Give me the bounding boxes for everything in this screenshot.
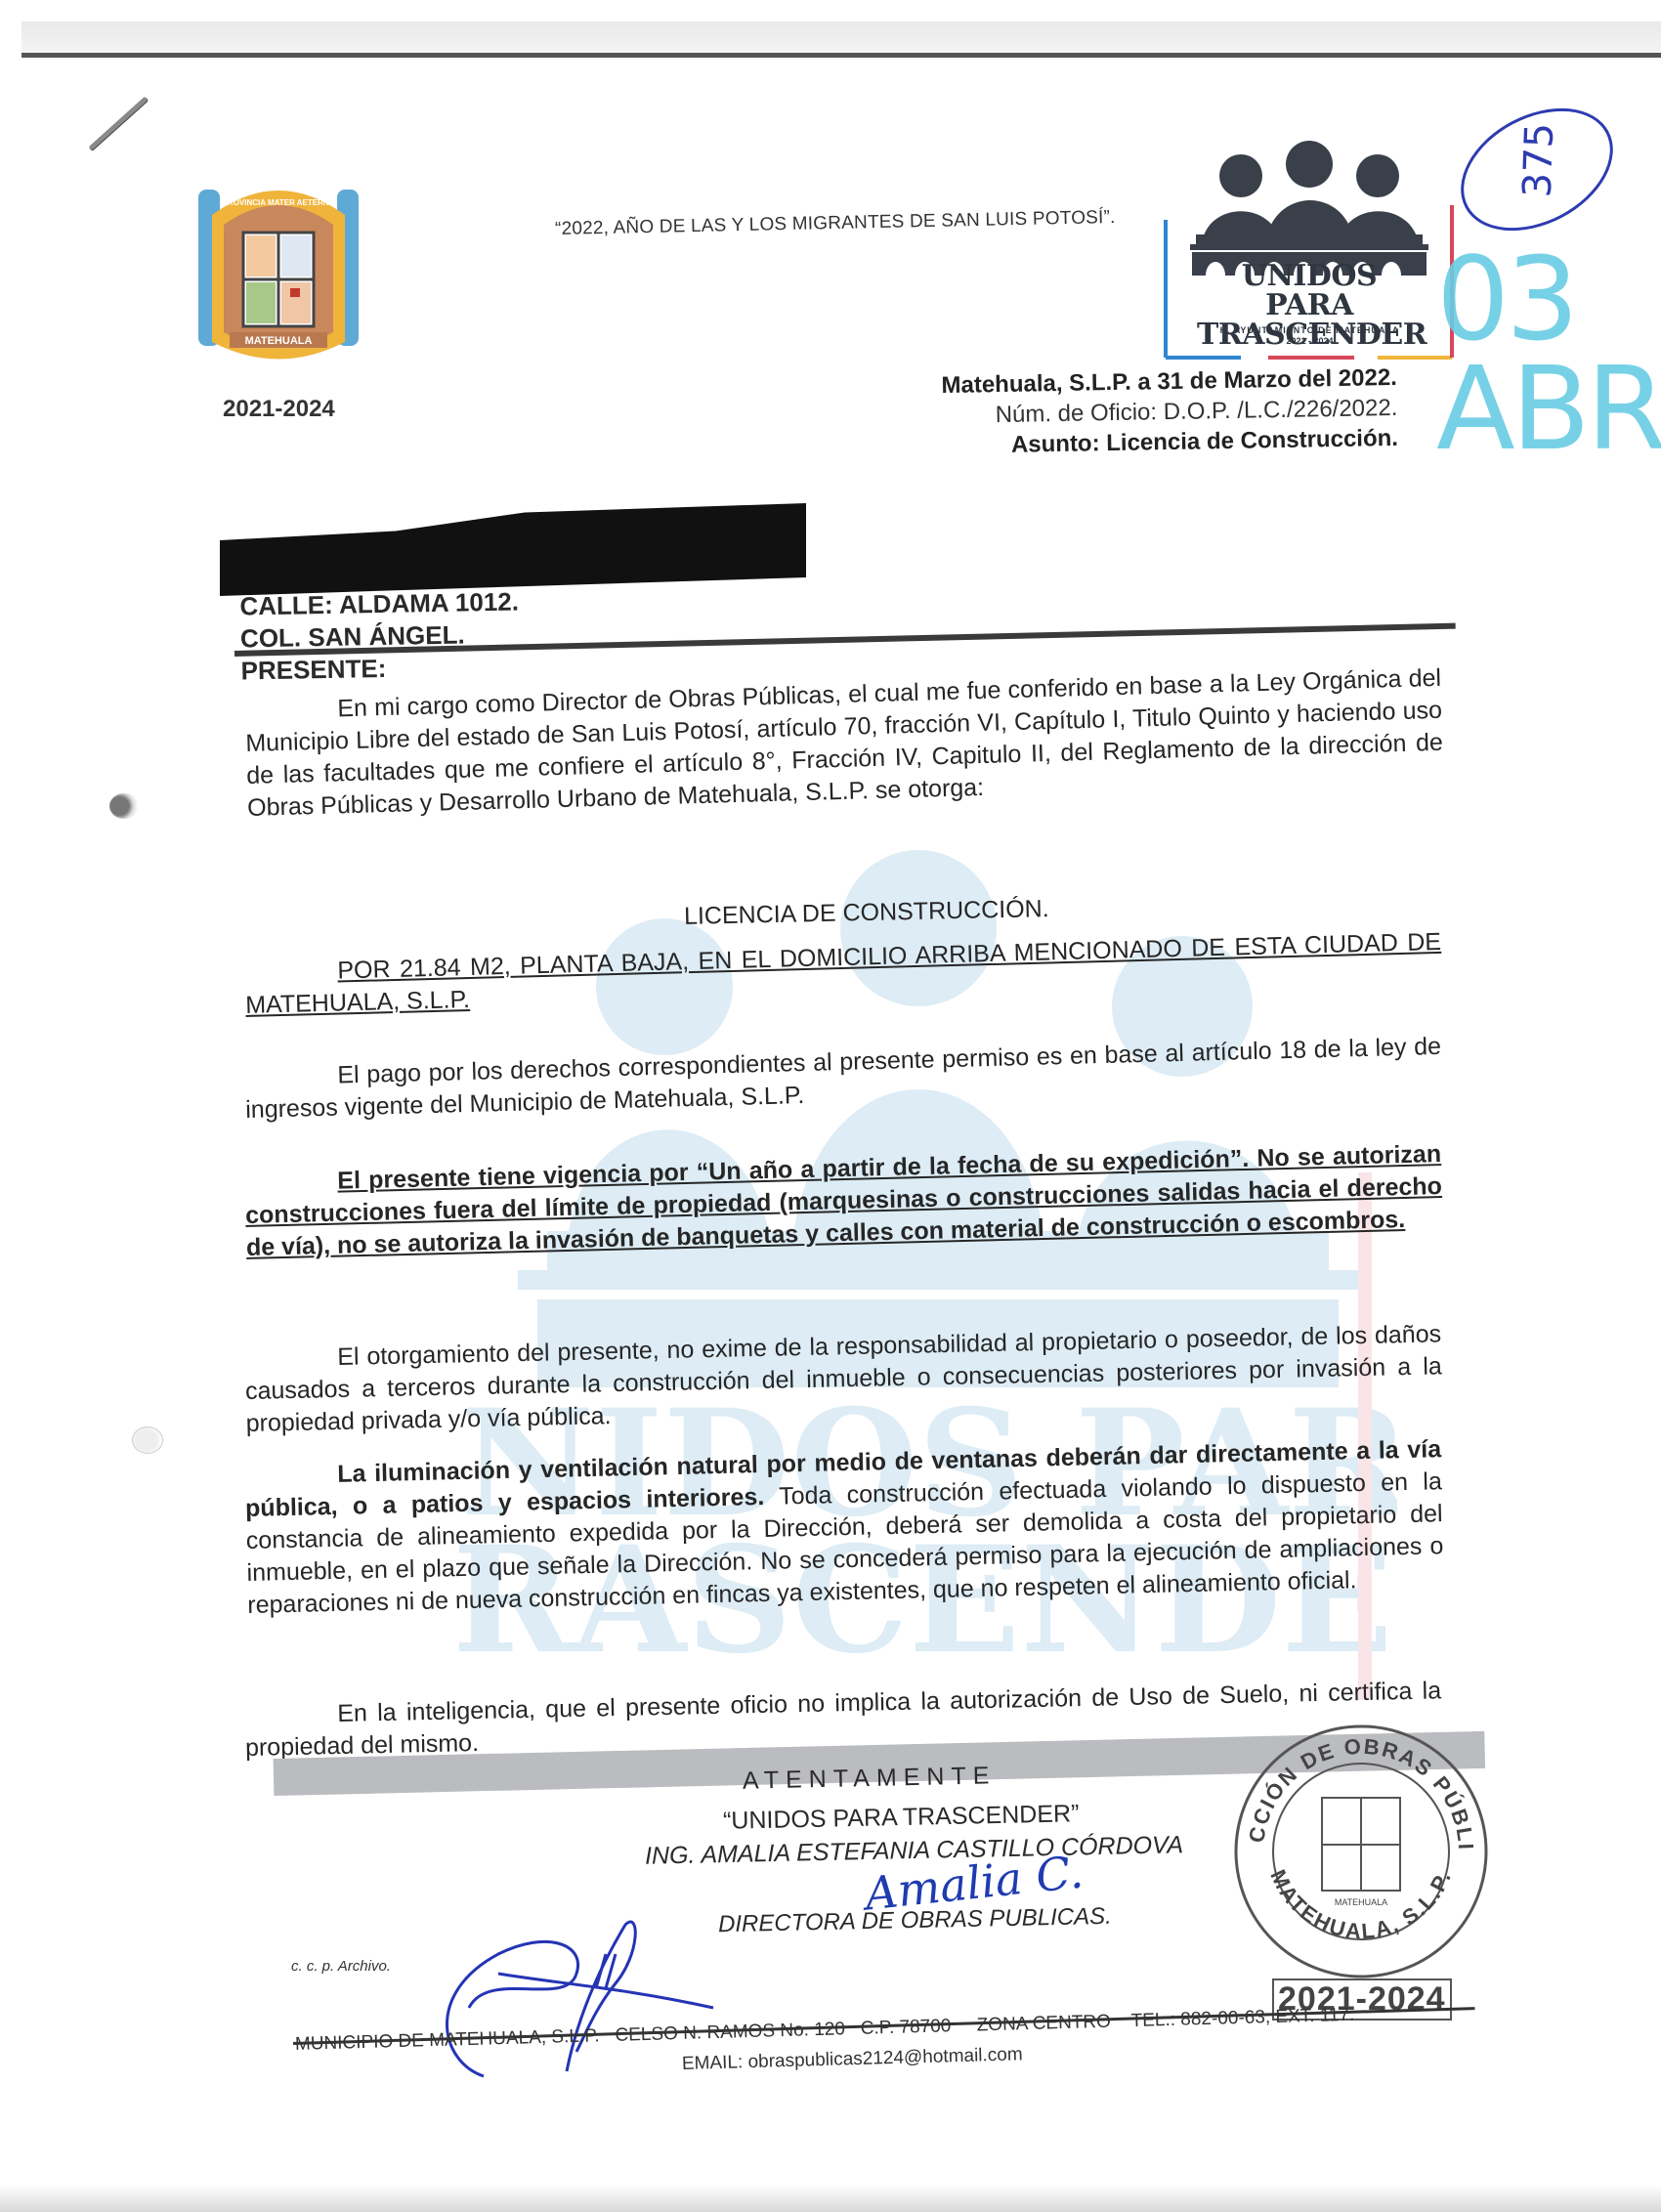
license-scope-text: POR 21.84 M2, PLANTA BAJA, EN EL DOMICIL… — [245, 928, 1441, 1019]
recipient-street: CALLE: ALDAMA 1012. — [239, 586, 519, 623]
svg-text:DIRECCIÓN DE OBRAS PÚBLICAS: DIRECCIÓN DE OBRAS PÚBLICAS — [1229, 1720, 1478, 1851]
brand-years: 2021 - 2024 — [1190, 336, 1429, 346]
scan-left-margin — [0, 0, 21, 2212]
recipient-block: CALLE: ALDAMA 1012. COL. SAN ÁNGEL. PRES… — [239, 586, 520, 688]
received-stamp-day: 03 — [1436, 244, 1661, 354]
intro-paragraph: En mi cargo como Director de Obras Públi… — [244, 662, 1444, 825]
svg-text:MATEHUALA: MATEHUALA — [245, 335, 313, 347]
validity-text: El presente tiene vigencia por “Un año a… — [245, 1140, 1442, 1261]
brand-subtitle: H. AYUNTAMIENTO DE MATEHUALA — [1190, 325, 1429, 335]
brand-title-line-1: UNIDOS PARA — [1197, 262, 1422, 320]
payment-paragraph: El pago por los derechos correspondiente… — [244, 1031, 1442, 1127]
redacted-recipient-name — [220, 503, 806, 596]
license-heading: LICENCIA DE CONSTRUCCIÓN. — [684, 895, 1049, 931]
recipient-salutation: PRESENTE: — [240, 651, 520, 688]
municipal-coat-of-arms: PROVINCIA MATER AETERNA MATEHUALA — [191, 176, 366, 371]
staple-mark — [88, 96, 148, 150]
official-seal: DIRECCIÓN DE OBRAS PÚBLICAS MATEHUALA, S… — [1229, 1720, 1493, 1983]
punch-hole-icon — [132, 1426, 163, 1454]
handwritten-folio-number: 375 — [1515, 122, 1563, 198]
scan-bottom-edge — [0, 2185, 1661, 2212]
year-motto: “2022, AÑO DE LAS Y LOS MIGRANTES DE SAN… — [555, 207, 1116, 240]
administration-years: 2021-2024 — [223, 396, 335, 423]
received-stamp-month: ABR — [1436, 354, 1661, 463]
scan-top-edge — [21, 21, 1661, 58]
svg-text:MATEHUALA: MATEHUALA — [1335, 1897, 1387, 1907]
received-date-stamp: 03 ABR — [1436, 244, 1661, 463]
closing-slogan: “UNIDOS PARA TRASCENDER” — [723, 1800, 1080, 1836]
signer-title: DIRECTORA DE OBRAS PUBLICAS. — [718, 1903, 1112, 1938]
closing-atentamente: ATENTAMENTE — [743, 1762, 997, 1795]
license-scope-paragraph: POR 21.84 M2, PLANTA BAJA, EN EL DOMICIL… — [244, 926, 1442, 1022]
liability-paragraph: El otorgamiento del presente, no exime d… — [244, 1318, 1443, 1440]
lighting-paragraph: La iluminación y ventilación natural por… — [244, 1433, 1444, 1622]
carbon-copy-note: c. c. p. Archivo. — [291, 1958, 391, 1975]
validity-paragraph: El presente tiene vigencia por “Un año a… — [244, 1138, 1443, 1264]
punch-hole-icon — [109, 793, 139, 819]
svg-text:PROVINCIA MATER AETERNA: PROVINCIA MATER AETERNA — [223, 198, 335, 207]
handwritten-folio-circle: 375 — [1440, 84, 1635, 256]
reference-block: Matehuala, S.L.P. a 31 de Marzo del 2022… — [941, 362, 1398, 461]
